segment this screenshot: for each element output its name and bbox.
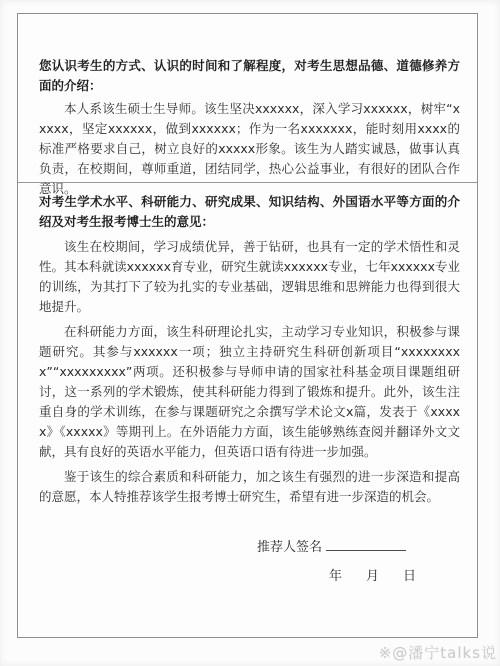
section-moral-character: 您认识考生的方式、认识的时间和了解程度，对考生思想品德、道德修养方面的介绍： 本… xyxy=(18,14,477,183)
date-field-month: 月 xyxy=(366,567,379,587)
date-row: 年 月 日 xyxy=(329,567,460,587)
section2-paragraph-recommendation: 鉴于该生的综合素质和科研能力，加之该生有强烈的进一步深造和提高的意愿，本人特推荐… xyxy=(39,467,460,507)
section1-heading: 您认识考生的方式、认识的时间和了解程度，对考生思想品德、道德修养方面的介绍： xyxy=(39,56,460,96)
section-academic-opinion: 对考生学术水平、科研能力、研究成果、知识结构、外国语水平等方面的介绍及对考生报考… xyxy=(18,183,477,587)
date-field-day: 日 xyxy=(403,567,416,587)
scanned-document-page: 您认识考生的方式、认识的时间和了解程度，对考生思想品德、道德修养方面的介绍： 本… xyxy=(0,0,500,666)
section2-heading: 对考生学术水平、科研能力、研究成果、知识结构、外国语水平等方面的介绍及对考生报考… xyxy=(39,192,460,232)
signature-label: 推荐人签名 xyxy=(257,540,322,555)
section2-paragraph-academics: 该生在校期间，学习成绩优异，善于钻研，也具有一定的学术悟性和灵性。其本科就读xx… xyxy=(39,237,460,317)
signature-row: 推荐人签名 xyxy=(257,538,460,558)
watermark: ※@潘宁talks说 xyxy=(379,642,497,663)
signature-line xyxy=(326,538,406,551)
date-field-year: 年 xyxy=(329,567,342,587)
recommendation-form-table: 您认识考生的方式、认识的时间和了解程度，对考生思想品德、道德修养方面的介绍： 本… xyxy=(17,13,478,638)
section2-paragraph-research: 在科研能力方面，该生科研理论扎实，主动学习专业知识，积极参与课题研究。其参与xx… xyxy=(39,322,460,462)
